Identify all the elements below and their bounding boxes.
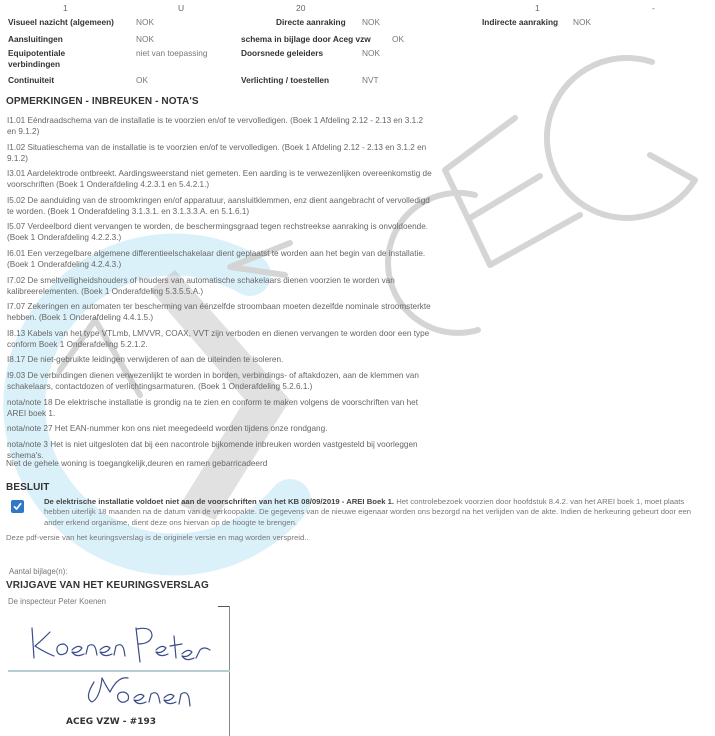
remark-item: I8.13 Kabels van het type VTLmb, LMVVR, … — [7, 328, 432, 350]
grid-value: NVT — [362, 75, 379, 86]
grid-label: Visueel nazicht (algemeen) — [8, 17, 114, 28]
pdf-note: Deze pdf-versie van het keuringsverslag … — [6, 533, 309, 542]
remark-item: I9.03 De verbindingen dienen verwezenlij… — [7, 370, 432, 392]
besluit-verdict: De elektrische installatie voldoet niet … — [44, 497, 394, 506]
remark-item: I5.02 De aanduiding van de stroomkringen… — [7, 195, 432, 217]
remark-item: I5.07 Verdeelbord dient vervangen te wor… — [7, 221, 432, 243]
release-heading: VRIJGAVE VAN HET KEURINGSVERSLAG — [6, 580, 209, 591]
remark-item: I1.01 Eéndraadschema van de installatie … — [7, 115, 432, 137]
grid-value: NOK — [136, 17, 154, 28]
top-cell: - — [652, 3, 655, 13]
grid-label: schema in bijlage door Aceg vzw — [241, 34, 371, 45]
grid-value: OK — [392, 34, 404, 45]
grid-label: Doorsnede geleiders — [241, 48, 323, 59]
grid-value: NOK — [362, 48, 380, 59]
grid-value: NOK — [573, 17, 591, 28]
signature-image: ACEG VZW - #193 — [6, 606, 230, 736]
grid-label: Equipotentiale verbindingen — [8, 48, 118, 70]
checkmark-icon — [13, 502, 22, 511]
remark-item: I7.02 De smeltveiligheidshouders of houd… — [7, 275, 432, 297]
grid-value: NOK — [362, 17, 380, 28]
remark-item: I7.07 Zekeringen en automaten ter besche… — [7, 301, 432, 323]
inspector-name: De inspecteur Peter Koenen — [8, 597, 106, 606]
top-cell: 1 — [63, 3, 68, 13]
besluit-checkbox[interactable] — [11, 500, 24, 513]
besluit-heading: BESLUIT — [6, 482, 49, 493]
remark-item: I8.17 De niet-gebruikte leidingen verwij… — [7, 354, 432, 365]
grid-value: niet van toepassing — [136, 48, 208, 59]
grid-value: OK — [136, 75, 148, 86]
remarks-list: I1.01 Eéndraadschema van de installatie … — [7, 115, 432, 465]
top-cell: 20 — [296, 3, 305, 13]
remark-item: I1.02 Situatieschema van de installatie … — [7, 142, 432, 164]
remark-item: I3.01 Aardelektrode ontbreekt. Aardingsw… — [7, 168, 432, 190]
top-cell: 1 — [535, 3, 540, 13]
grid-label: Continuiteit — [8, 75, 54, 86]
attachments-label: Aantal bijlage(n): — [9, 567, 68, 576]
free-note: Niet de gehele woning is toegangkelijk,d… — [6, 459, 267, 468]
top-index-row: 1 U 20 1 - — [0, 3, 715, 15]
grid-label: Indirecte aanraking — [482, 17, 558, 28]
grid-label: Aansluitingen — [8, 34, 63, 45]
remark-item: nota/note 3 Het is niet uitgesloten dat … — [7, 439, 432, 461]
besluit-conclusion: De elektrische installatie voldoet niet … — [44, 497, 704, 528]
grid-label: Verlichting / toestellen — [241, 75, 329, 86]
grid-value: NOK — [136, 34, 154, 45]
top-cell: U — [178, 3, 184, 13]
remarks-heading: OPMERKINGEN - INBREUKEN - NOTA'S — [6, 96, 199, 107]
remark-item: I6.01 Een verzegelbare algemene differen… — [7, 248, 432, 270]
remark-item: nota/note 18 De elektrische installatie … — [7, 397, 432, 419]
grid-label: Directe aanraking — [276, 17, 346, 28]
signature-stamp: ACEG VZW - #193 — [66, 717, 156, 727]
remark-item: nota/note 27 Het EAN-nummer kon ons niet… — [7, 423, 432, 434]
